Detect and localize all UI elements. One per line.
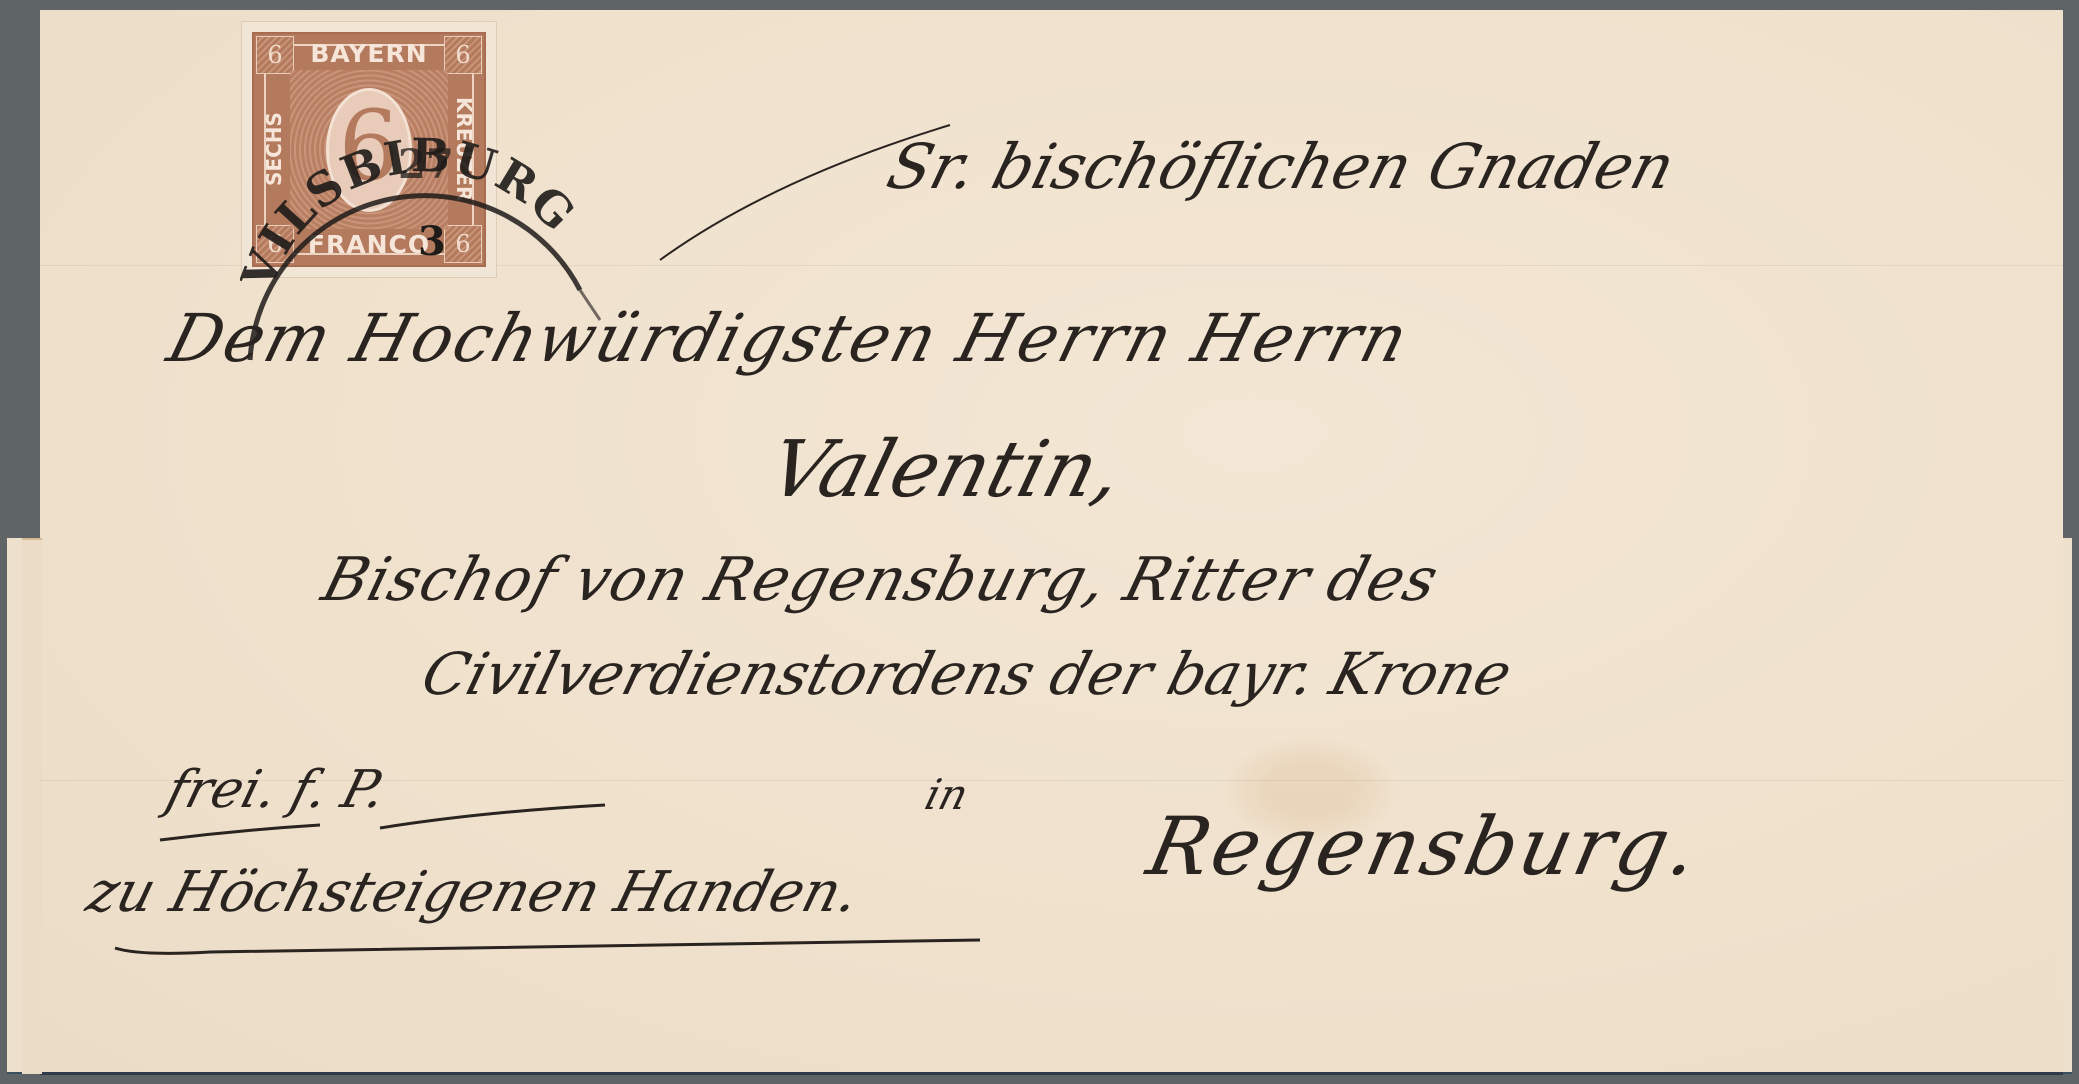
- franking-underline: [150, 800, 610, 850]
- address-line-5: Civilverdienstordens der bayr. Krone: [415, 640, 1519, 708]
- address-line-3-name: Valentin,: [760, 425, 1132, 515]
- address-city: Regensburg.: [1140, 800, 1709, 893]
- postmark-month: 3: [418, 218, 446, 265]
- address-line-4: Bischof von Regensburg, Ritter des: [315, 545, 1446, 615]
- address-line-2: Dem Hochwürdigsten Herrn Herrn: [160, 300, 1417, 377]
- delivery-underline: [110, 930, 990, 960]
- postmark-day: 27: [398, 141, 454, 188]
- delivery-note: zu Höchsteigenen Handen.: [80, 860, 866, 925]
- address-line-1: Sr. bischöflichen Gnaden: [880, 130, 1682, 203]
